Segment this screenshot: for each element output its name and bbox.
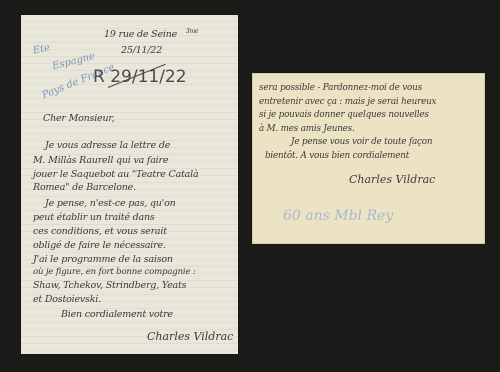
body-line: où je figure, en fort bonne compagnie : [33,268,196,277]
body-line: J'ai le programme de la saison [33,255,173,265]
body-line: ces conditions, et vous serait [33,227,167,237]
body-line: peut établir un traité dans [33,213,155,223]
signature: Charles Vildrac [147,331,233,342]
body-line: à M. mes amis Jeunes. [259,125,355,134]
body-line: Romea" de Barcelone. [33,183,136,193]
body-line: entretenir avec ça : mais je serai heure… [259,98,436,107]
archive-note-2: Espagne [51,52,96,72]
received-stamp: R 29/11/22 [93,69,187,86]
letter-sheet-left: 19 rue de Seine 3me 25/11/22 Ete Espagne… [21,15,238,354]
body-line: Shaw, Tchekov, Strindberg, Yeats [33,281,186,291]
body-line: sera possible - Pardonnez-moi de vous [259,84,422,93]
body-line: bientôt. A vous bien cordialement [265,152,409,161]
body-line: Je pense, n'est-ce pas, qu'on [45,199,176,209]
address-line: 19 rue de Seine 3me [104,29,198,40]
body-line: Je vous adresse la lettre de [45,141,170,151]
body-line: M. Millàs Raurell qui va faire [33,156,168,166]
body-line: obligé de faire le nécessaire. [33,241,166,251]
salutation: Cher Monsieur, [43,114,115,124]
body-line: et Dostoievski. [33,295,101,305]
archive-note-1: Ete [32,43,51,56]
body-line: jouer le Saquebot au "Teatre Català [33,170,198,180]
signature: Charles Vildrac [349,174,435,185]
letter-date: 25/11/22 [121,46,162,56]
letter-card-right: sera possible - Pardonnez-moi de vous en… [252,73,485,244]
pencil-note: 60 ans Mbl Rey [283,209,393,223]
closing: Bien cordialement votre [61,310,173,320]
body-line: si je pouvais donner quelques nouvelles [259,111,429,120]
body-line: Je pense vous voir de toute façon [291,138,432,147]
